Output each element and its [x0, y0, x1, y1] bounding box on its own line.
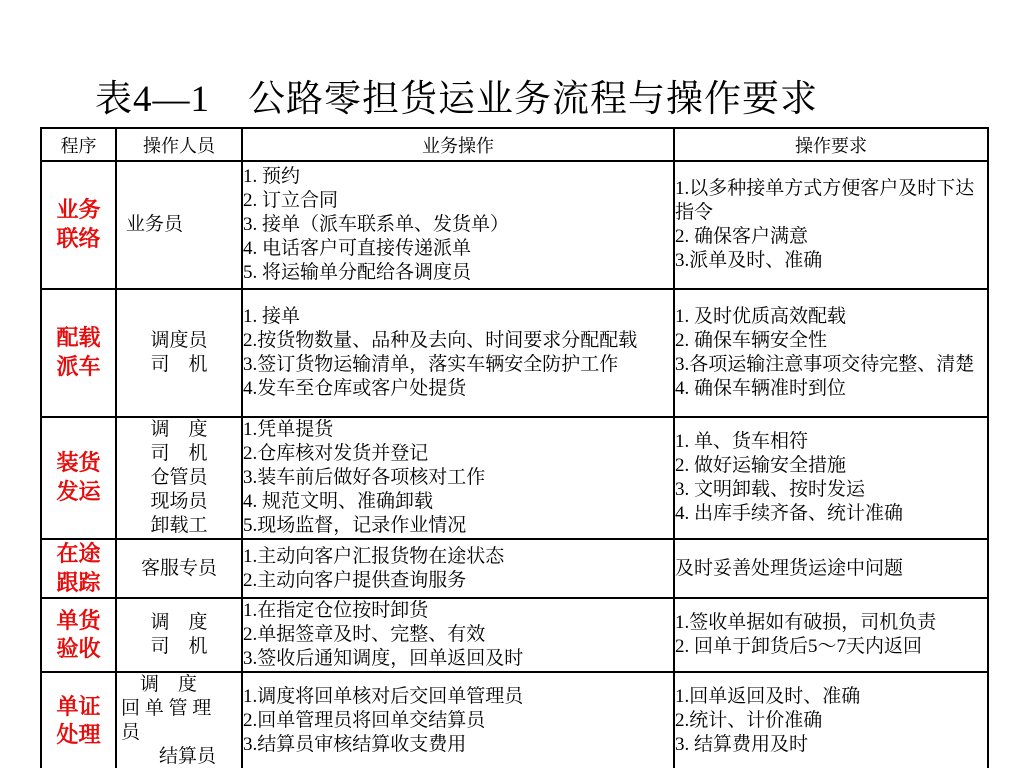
table-row: 在途 跟踪 客服专员 1.主动向客户汇报货物在途状态 2.主动向客户提供查询服务… — [41, 539, 988, 598]
slide-page: 表4—1 公路零担货运业务流程与操作要求 程序 操作人员 业务操作 操作要求 业… — [0, 0, 1024, 768]
cell-requirements: 1.以多种接单方式方便客户及时下达指令 2. 确保客户满意 3.派单及时、准确 — [674, 161, 988, 289]
table-row: 单货 验收 调 度 司 机 1.在指定仓位按时卸货 2.单据签章及时、完整、有效… — [41, 598, 988, 672]
cell-operators: 调 度 司 机 仓管员 现场员 卸载工 — [116, 417, 242, 539]
cell-program: 业务 联络 — [41, 161, 116, 289]
process-table: 程序 操作人员 业务操作 操作要求 业务 联络 业务员 1. 预约 2. 订立合… — [40, 127, 989, 768]
cell-operations: 1.调度将回单核对后交回单管理员 2.回单管理员将回单交结算员 3.结算员审核结… — [242, 672, 674, 768]
table-row: 配载 派车 调度员 司 机 1. 接单 2.按货物数量、品种及去向、时间要求分配… — [41, 289, 988, 417]
cell-operators: 调 度 司 机 — [116, 598, 242, 672]
column-header-operators: 操作人员 — [116, 128, 242, 161]
cell-requirements: 1. 单、货车相符 2. 做好运输安全措施 3. 文明卸载、按时发运 4. 出库… — [674, 417, 988, 539]
cell-program: 在途 跟踪 — [41, 539, 116, 598]
cell-program: 单证 处理 — [41, 672, 116, 768]
table-row: 业务 联络 业务员 1. 预约 2. 订立合同 3. 接单（派车联系单、发货单）… — [41, 161, 988, 289]
column-header-program: 程序 — [41, 128, 116, 161]
cell-requirements: 1. 及时优质高效配载 2. 确保车辆安全性 3.各项运输注意事项交待完整、清楚… — [674, 289, 988, 417]
cell-program: 单货 验收 — [41, 598, 116, 672]
cell-operators: 业务员 — [116, 161, 242, 289]
column-header-requirements: 操作要求 — [674, 128, 988, 161]
cell-operations: 1. 接单 2.按货物数量、品种及去向、时间要求分配配载 3.签订货物运输清单，… — [242, 289, 674, 417]
cell-operations: 1. 预约 2. 订立合同 3. 接单（派车联系单、发货单） 4. 电话客户可直… — [242, 161, 674, 289]
table-row: 装货 发运 调 度 司 机 仓管员 现场员 卸载工 1.凭单提货 2.仓库核对发… — [41, 417, 988, 539]
cell-requirements: 1.回单返回及时、准确 2.统计、计价准确 3. 结算费用及时 — [674, 672, 988, 768]
cell-operators: 调 度 回 单 管 理 员 结算员 — [116, 672, 242, 768]
cell-requirements: 及时妥善处理货运途中问题 — [674, 539, 988, 598]
cell-operators: 客服专员 — [116, 539, 242, 598]
cell-operators: 调度员 司 机 — [116, 289, 242, 417]
cell-program: 配载 派车 — [41, 289, 116, 417]
cell-requirements: 1.签收单据如有破损，司机负责 2. 回单于卸货后5～7天内返回 — [674, 598, 988, 672]
cell-operations: 1.凭单提货 2.仓库核对发货并登记 3.装车前后做好各项核对工作 4. 规范文… — [242, 417, 674, 539]
table-row: 单证 处理 调 度 回 单 管 理 员 结算员 1.调度将回单核对后交回单管理员… — [41, 672, 988, 768]
cell-program: 装货 发运 — [41, 417, 116, 539]
header-row: 程序 操作人员 业务操作 操作要求 — [41, 128, 988, 161]
table-title: 表4—1 公路零担货运业务流程与操作要求 — [95, 68, 818, 122]
column-header-operations: 业务操作 — [242, 128, 674, 161]
cell-operations: 1.主动向客户汇报货物在途状态 2.主动向客户提供查询服务 — [242, 539, 674, 598]
cell-operations: 1.在指定仓位按时卸货 2.单据签章及时、完整、有效 3.签收后通知调度，回单返… — [242, 598, 674, 672]
